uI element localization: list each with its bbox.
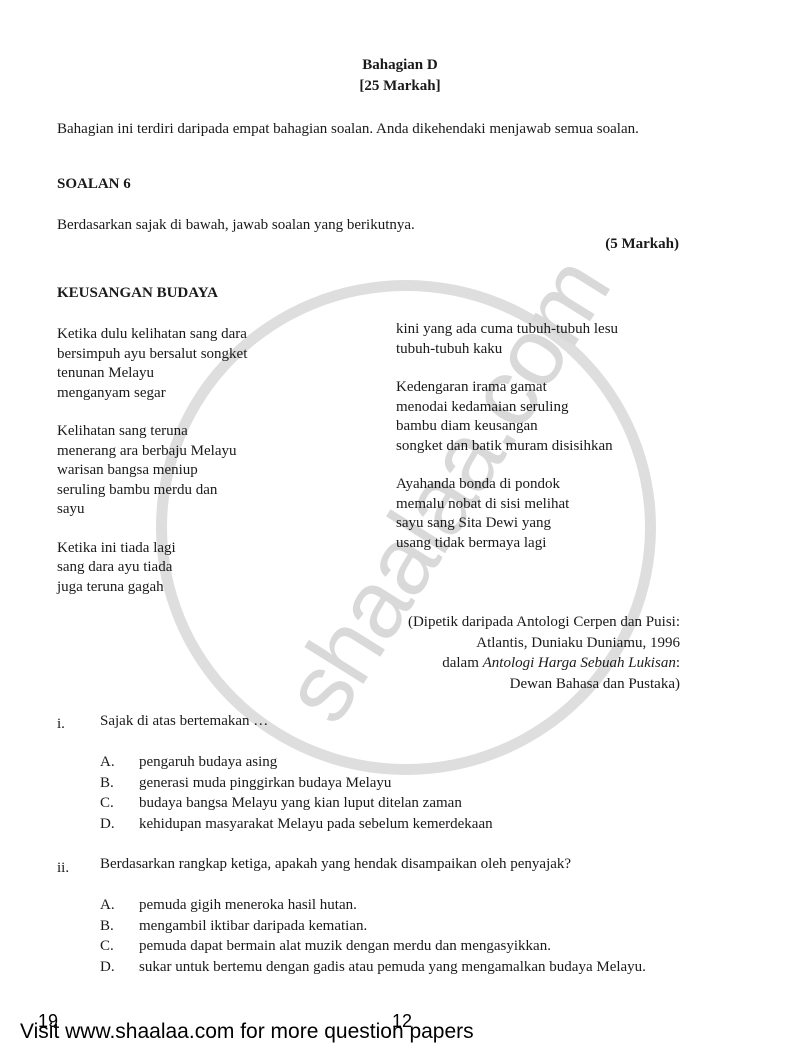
poem-line: songket dan batik muram disisihkan xyxy=(396,437,618,457)
poem-line: bersimpuh ayu bersalut songket xyxy=(57,345,247,365)
subquestion-2-number: ii. xyxy=(57,860,69,877)
poem-source: (Dipetik daripada Antologi Cerpen dan Pu… xyxy=(408,612,680,694)
subquestion-1-text: Sajak di atas bertemakan … xyxy=(100,713,268,730)
poem-line: Ketika ini tiada lagi xyxy=(57,539,247,559)
footer-visit-link[interactable]: Visit www.shaalaa.com for more question … xyxy=(20,1020,474,1044)
poem-title: KEUSANGAN BUDAYA xyxy=(57,282,218,304)
option-letter: B. xyxy=(100,773,139,794)
option-d[interactable]: D.sukar untuk bertemu dengan gadis atau … xyxy=(100,957,680,978)
source-line-3: dalam Antologi Harga Sebuah Lukisan: xyxy=(408,653,680,674)
option-text: budaya bangsa Melayu yang kian luput dit… xyxy=(139,793,680,814)
poem-line: Ayahanda bonda di pondok xyxy=(396,475,618,495)
section-heading: Bahagian D xyxy=(0,57,800,74)
option-text: pemuda gigih meneroka hasil hutan. xyxy=(139,895,680,916)
poem-line: menganyam segar xyxy=(57,384,247,404)
source-line-1: (Dipetik daripada Antologi Cerpen dan Pu… xyxy=(408,612,680,633)
poem-line: Kedengaran irama gamat xyxy=(396,378,618,398)
option-letter: D. xyxy=(100,957,139,978)
poem-line: tubuh-tubuh kaku xyxy=(396,340,618,360)
right-stanza: Ayahanda bonda di pondokmemalu nobat di … xyxy=(396,475,618,553)
left-stanza: Ketika ini tiada lagisang dara ayu tiada… xyxy=(57,539,247,598)
question-prompt: Berdasarkan sajak di bawah, jawab soalan… xyxy=(57,214,415,236)
poem-line: bambu diam keusangan xyxy=(396,417,618,437)
option-letter: B. xyxy=(100,916,139,937)
right-stanza: kini yang ada cuma tubuh-tubuh lesutubuh… xyxy=(396,320,618,359)
poem-line: seruling bambu merdu dan xyxy=(57,481,247,501)
option-c[interactable]: C.pemuda dapat bermain alat muzik dengan… xyxy=(100,936,680,957)
poem-line: sang dara ayu tiada xyxy=(57,558,247,578)
option-a[interactable]: A.pengaruh budaya asing xyxy=(100,752,680,773)
instructions: Bahagian ini terdiri daripada empat baha… xyxy=(57,118,679,140)
poem-line: juga teruna gagah xyxy=(57,578,247,598)
poem-left-column: Ketika dulu kelihatan sang darabersimpuh… xyxy=(57,325,247,616)
option-b[interactable]: B.generasi muda pinggirkan budaya Melayu xyxy=(100,773,680,794)
subquestion-2-options: A.pemuda gigih meneroka hasil hutan.B.me… xyxy=(100,895,680,977)
poem-line: usang tidak bermaya lagi xyxy=(396,534,618,554)
poem-line: sayu sang Sita Dewi yang xyxy=(396,514,618,534)
question-marks: (5 Markah) xyxy=(605,233,679,255)
poem-line: memalu nobat di sisi melihat xyxy=(396,495,618,515)
source-line-2: Atlantis, Duniaku Duniamu, 1996 xyxy=(408,633,680,654)
poem-line: menerang ara berbaju Melayu xyxy=(57,442,247,462)
poem-line: Kelihatan sang teruna xyxy=(57,422,247,442)
subquestion-1-options: A.pengaruh budaya asingB.generasi muda p… xyxy=(100,752,680,834)
option-a[interactable]: A.pemuda gigih meneroka hasil hutan. xyxy=(100,895,680,916)
poem-line: Ketika dulu kelihatan sang dara xyxy=(57,325,247,345)
option-d[interactable]: D.kehidupan masyarakat Melayu pada sebel… xyxy=(100,814,680,835)
option-letter: C. xyxy=(100,936,139,957)
source-line-4: Dewan Bahasa dan Pustaka) xyxy=(408,674,680,695)
option-text: mengambil iktibar daripada kematian. xyxy=(139,916,680,937)
option-text: kehidupan masyarakat Melayu pada sebelum… xyxy=(139,814,680,835)
option-letter: C. xyxy=(100,793,139,814)
poem-line: sayu xyxy=(57,500,247,520)
poem-line: warisan bangsa meniup xyxy=(57,461,247,481)
option-c[interactable]: C.budaya bangsa Melayu yang kian luput d… xyxy=(100,793,680,814)
option-text: generasi muda pinggirkan budaya Melayu xyxy=(139,773,680,794)
option-b[interactable]: B.mengambil iktibar daripada kematian. xyxy=(100,916,680,937)
subquestion-2-text: Berdasarkan rangkap ketiga, apakah yang … xyxy=(100,856,571,873)
option-text: sukar untuk bertemu dengan gadis atau pe… xyxy=(139,957,680,978)
option-letter: D. xyxy=(100,814,139,835)
poem-right-column: kini yang ada cuma tubuh-tubuh lesutubuh… xyxy=(396,320,618,572)
option-letter: A. xyxy=(100,895,139,916)
right-stanza: Kedengaran irama gamatmenodai kedamaian … xyxy=(396,378,618,456)
question-title: SOALAN 6 xyxy=(57,173,131,195)
subquestion-1-number: i. xyxy=(57,716,65,733)
section-marks: [25 Markah] xyxy=(0,78,800,95)
left-stanza: Ketika dulu kelihatan sang darabersimpuh… xyxy=(57,325,247,403)
option-letter: A. xyxy=(100,752,139,773)
option-text: pemuda dapat bermain alat muzik dengan m… xyxy=(139,936,680,957)
poem-line: menodai kedamaian seruling xyxy=(396,398,618,418)
left-stanza: Kelihatan sang terunamenerang ara berbaj… xyxy=(57,422,247,520)
poem-line: kini yang ada cuma tubuh-tubuh lesu xyxy=(396,320,618,340)
poem-line: tenunan Melayu xyxy=(57,364,247,384)
option-text: pengaruh budaya asing xyxy=(139,752,680,773)
